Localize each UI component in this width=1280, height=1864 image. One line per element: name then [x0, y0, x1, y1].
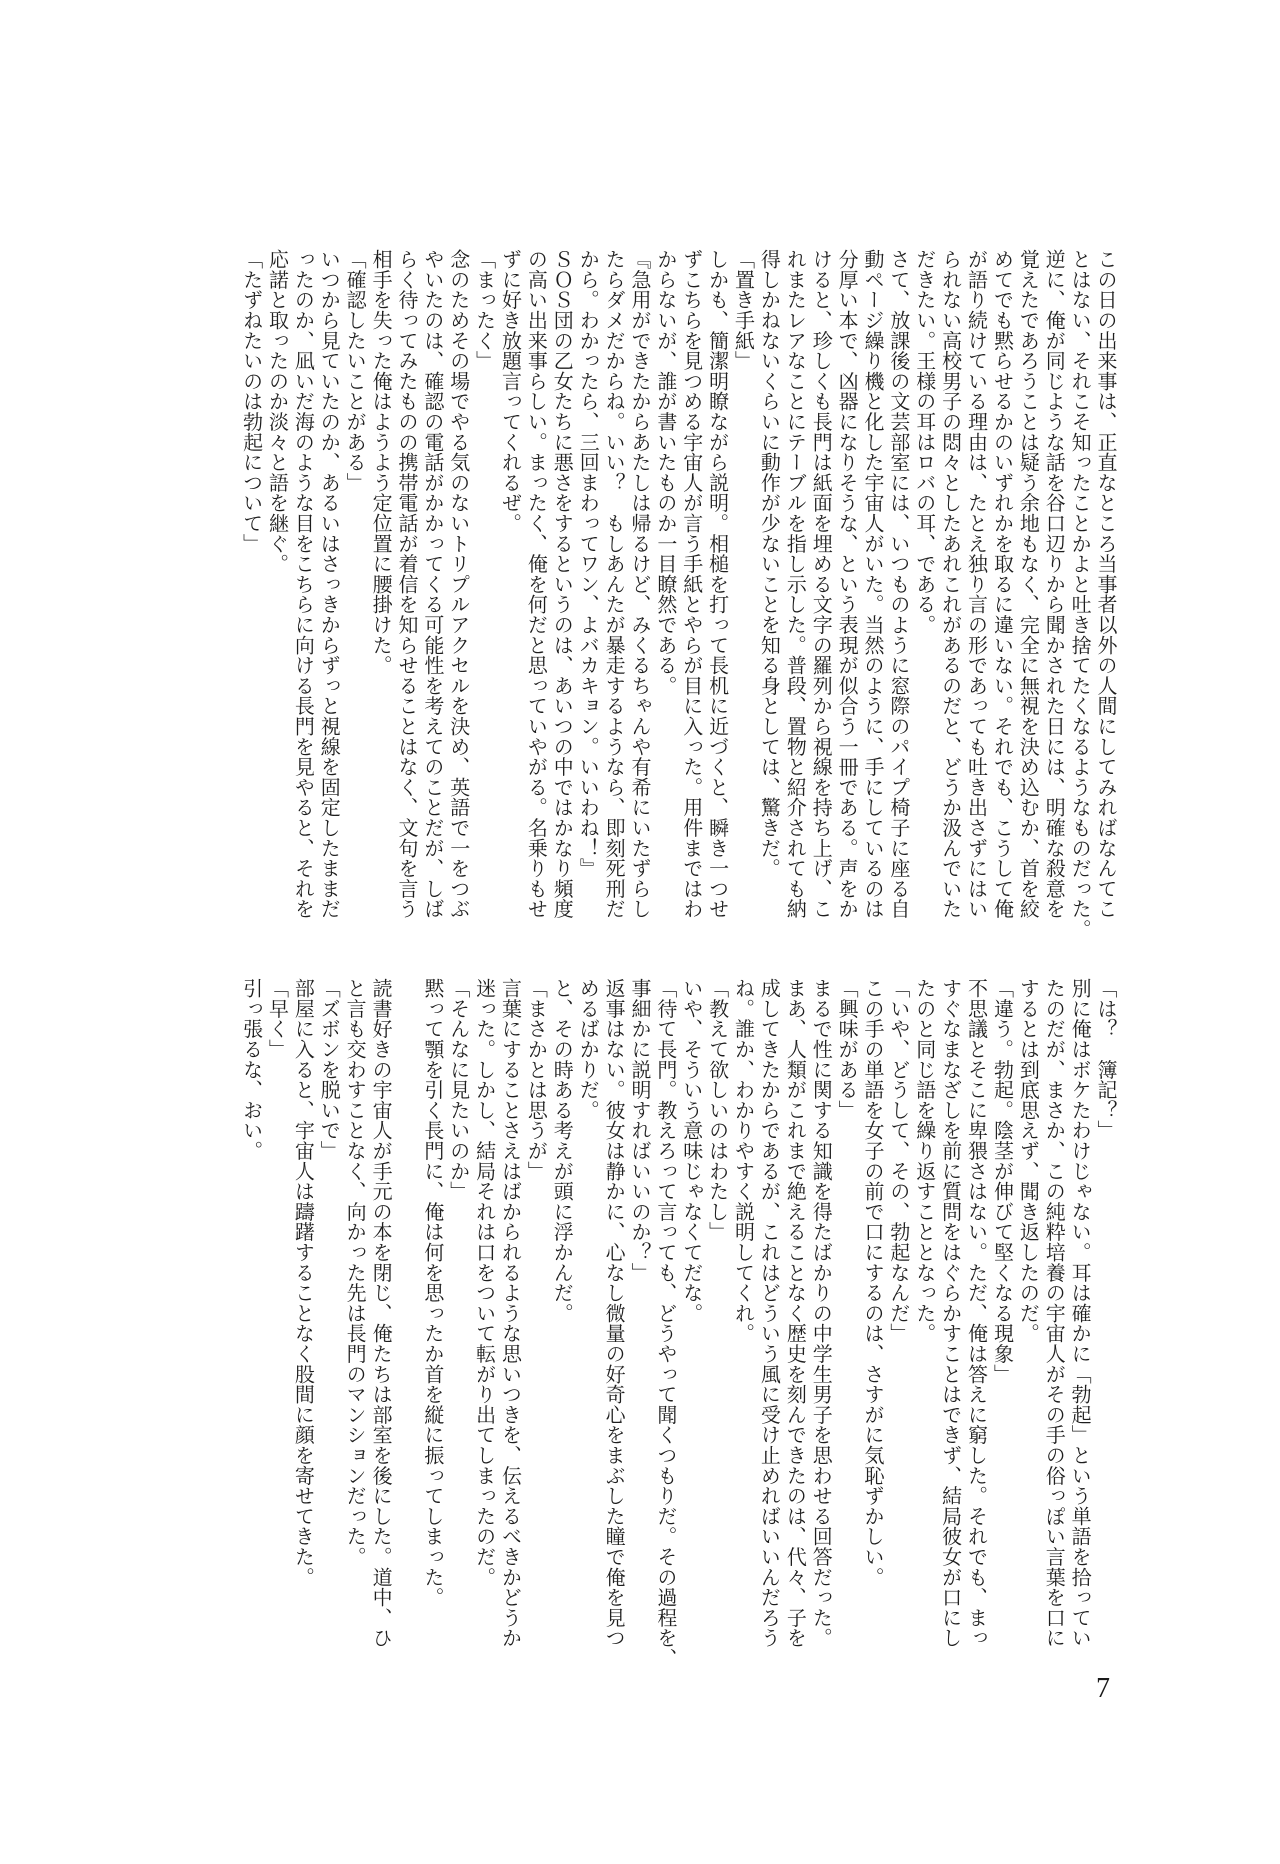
narration-line: 念のためその場でやる気のないトリプルアクセルを決め、英語で一をつぶ	[445, 249, 471, 941]
narration-line: と言も交わすことなく、向かった先は長門のマンションだった。	[341, 978, 367, 1670]
narration-line: さて、放課後の文芸部室には、いつものように窓際のパイプ椅子に座る自	[885, 249, 911, 941]
narration-line: 迷った。しかし、結局それは口をついて転がり出てしまったのだ。	[471, 978, 497, 1670]
dialogue-line: 「早く」	[264, 978, 290, 1670]
dialogue-line: 「待て長門。教えろって言っても、どうやって聞くつもりだ。その過程を、	[652, 978, 678, 1670]
narration-line: と、その時ある考えが頭に浮かんだ。	[548, 978, 574, 1670]
narration-line: けると、珍しくも長門は紙面を埋める文字の羅列から視線を持ち上げ、こ	[807, 249, 833, 941]
narration-line: 黙って顎を引く長門に、俺は何を思ったか首を縦に振ってしまった。	[419, 978, 445, 1670]
narration-line: しかも、簡潔明瞭ながら説明。相槌を打って長机に近づくと、瞬き一つせ	[704, 249, 730, 941]
page: この日の出来事は、正直なところ当事者以外の人間にしてみればなんてこ とはない、そ…	[0, 0, 1280, 1864]
narration-line: この手の単語を女子の前で口にするのは、さすがに気恥ずかしい。	[859, 978, 885, 1670]
narration-line: が語り続けている理由は、たとえ独り言の形であっても吐き出さずにはい	[963, 249, 989, 941]
narration-line: いつから見ていたのか、あるいはさっきからずっと視線を固定したままだ	[315, 249, 341, 941]
narration-line: 相手を失った俺はようよう定位置に腰掛けた。	[367, 249, 393, 941]
narration-line: 分厚い本で、凶器になりそうな、という表現が似合う一冊である。声をか	[833, 249, 859, 941]
narration-line: の高い出来事らしい。まったく、俺を何だと思っていやがる。名乗りもせ	[523, 249, 549, 941]
page-number: 7	[1096, 1673, 1110, 1705]
narration-line: らく待ってみたものの携帯電話が着信を知らせることはなく、文句を言う	[393, 249, 419, 941]
narration-line: めるばかりだ。	[574, 978, 600, 1670]
narration-line: まあ、人類がこれまで絶えることなく歴史を刻んできたのは、代々、子を	[781, 978, 807, 1670]
dialogue-line: 「は？ 簿記？」	[1092, 978, 1118, 1670]
dialogue-line: 「まさかとは思うが」	[523, 978, 549, 1670]
narration-line: ずこちらを見つめる宇宙人が言う手紙とやらが目に入った。用件まではわ	[678, 249, 704, 941]
dialogue-line: 「まったく」	[471, 249, 497, 941]
narration-line: するとは到底思えず、聞き返したのだ。	[1014, 978, 1040, 1670]
dialogue-line: 「違う。勃起。陰茎が伸びて堅くなる現象」	[989, 978, 1015, 1670]
narration-line: 別に俺はボケたわけじゃない。耳は確かに「勃起」という単語を拾ってい	[1066, 978, 1092, 1670]
dialogue-line: 事細かに説明すればいいのか？」	[626, 978, 652, 1670]
lower-text-block: 「は？ 簿記？」 別に俺はボケたわけじゃない。耳は確かに「勃起」という単語を拾っ…	[237, 978, 1118, 1670]
dialogue-line: 「たずねたいのは勃起について」	[238, 249, 264, 941]
narration-line: めてでも黙らせるかのいずれかを取るに違いない。それでも、こうして俺	[989, 249, 1015, 941]
narration-line: ずに好き放題言ってくれるぜ。	[497, 249, 523, 941]
narration-line: やいたのは、確認の電話がかかってくる可能性を考えてのことだが、しば	[419, 249, 445, 941]
narration-line: すぐなまなざしを前に質問をはぐらかすことはできず、結局彼女が口にし	[937, 978, 963, 1670]
dialogue-line: 「ズボンを脱いで」	[315, 978, 341, 1670]
dialogue-line: 「いや、どうして、その、勃起なんだ」	[885, 978, 911, 1670]
narration-line: たのと同じ語を繰り返すこととなった。	[911, 978, 937, 1670]
narration-line: れまたレアなことにテーブルを指し示した。普段、置物と紹介されても納	[781, 249, 807, 941]
narration-line: 返事はない。彼女は静かに、心なし微量の好奇心をまぶした瞳で俺を見つ	[600, 978, 626, 1670]
narration-line: 不思議とそこに卑猥さはない。ただ、俺は答えに窮した。それでも、まっ	[963, 978, 989, 1670]
narration-line: られない高校男子の悶々としたあれこれがあるのだと、どうか汲んでいた	[937, 249, 963, 941]
narration-line: たのだが、まさか、この純粋培養の宇宙人がその手の俗っぽい言葉を口に	[1040, 978, 1066, 1670]
narration-line: いや、そういう意味じゃなくてだな。	[678, 978, 704, 1670]
upper-text-block: この日の出来事は、正直なところ当事者以外の人間にしてみればなんてこ とはない、そ…	[237, 249, 1118, 941]
letter-quote-line: 『急用ができたからあたしは帰るけど、みくるちゃんや有希にいたずらし	[626, 249, 652, 941]
narration-line: ＳＯＳ団の乙女たちに悪さをするというのは、あいつの中ではかなり頻度	[548, 249, 574, 941]
narration-line: 動ページ繰り機と化した宇宙人がいた。当然のように、手にしているのは	[859, 249, 885, 941]
dialogue-line: 「教えて欲しいのはわたし」	[704, 978, 730, 1670]
narration-line: 得しかねないくらいに動作が少ないことを知る身としては、驚きだ。	[756, 249, 782, 941]
letter-quote-line: から。わかったら、三回まわってワン、よバカキョン。いいわね！』	[574, 249, 600, 941]
narration-line: だきたい。王様の耳はロバの耳、である。	[911, 249, 937, 941]
dialogue-line: 「確認したいことがある」	[341, 249, 367, 941]
dialogue-line: 「置き手紙」	[730, 249, 756, 941]
letter-quote-line: たらダメだからね。いい？ もしあんたが暴走するようなら、即刻死刑だ	[600, 249, 626, 941]
narration-line: 引っ張るな、おい。	[238, 978, 264, 1670]
narration-line: 言葉にすることさえはばかられるような思いつきを、伝えるべきかどうか	[497, 978, 523, 1670]
narration-line: まるで性に関する知識を得たばかりの中学生男子を思わせる回答だった。	[807, 978, 833, 1670]
narration-line: 成してきたからであるが、これはどういう風に受け止めればいいんだろう	[756, 978, 782, 1670]
narration-line: 読書好きの宇宙人が手元の本を閉じ、俺たちは部室を後にした。道中、ひ	[367, 978, 393, 1670]
narration-line: 逆に、俺が同じような話を谷口辺りから聞かされた日には、明確な殺意を	[1040, 249, 1066, 941]
narration-line: この日の出来事は、正直なところ当事者以外の人間にしてみればなんてこ	[1092, 249, 1118, 941]
dialogue-line: 「興味がある」	[833, 978, 859, 1670]
narration-line: 部屋に入ると、宇宙人は躊躇することなく股間に顔を寄せてきた。	[290, 978, 316, 1670]
narration-line: ね。誰か、わかりやすく説明してくれ。	[730, 978, 756, 1670]
scene-break-blank-line	[393, 978, 419, 1670]
narration-line: 応諾と取ったのか淡々と語を継ぐ。	[264, 249, 290, 941]
narration-line: ったのか、凪いだ海のような目をこちらに向ける長門を見やると、それを	[290, 249, 316, 941]
narration-line: 覚えたであろうことは疑う余地もなく、完全に無視を決め込むか、首を絞	[1014, 249, 1040, 941]
narration-line: とはない、それこそ知ったことかよと吐き捨てたくなるようなものだった。	[1066, 249, 1092, 941]
narration-line: からないが、誰が書いたものか一目瞭然である。	[652, 249, 678, 941]
dialogue-line: 「そんなに見たいのか」	[445, 978, 471, 1670]
